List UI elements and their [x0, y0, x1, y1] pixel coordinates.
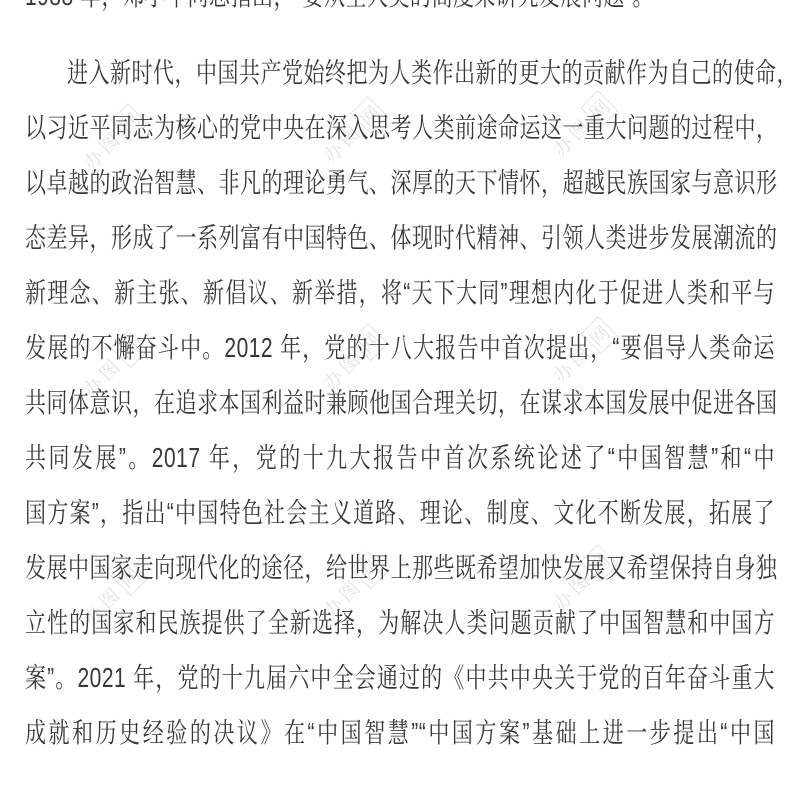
- text-line-clipped: 1988 年，邓小平同志指出，“要从全人类的高度来研究发展问题”。: [25, 0, 775, 32]
- document-page: 办图网 办图网 办图网 办图网 办图网 办图网 办图网 办图网 办图网 1988…: [0, 0, 800, 800]
- paragraph: 进入新时代，中国共产党始终把为人类作出新的更大的贡献作为自己的使命， 以习近平同…: [25, 46, 775, 761]
- text-line: 成就和历史经验的决议》在“中国智慧”“中国方案”基础上进一步提出“中国: [25, 698, 775, 770]
